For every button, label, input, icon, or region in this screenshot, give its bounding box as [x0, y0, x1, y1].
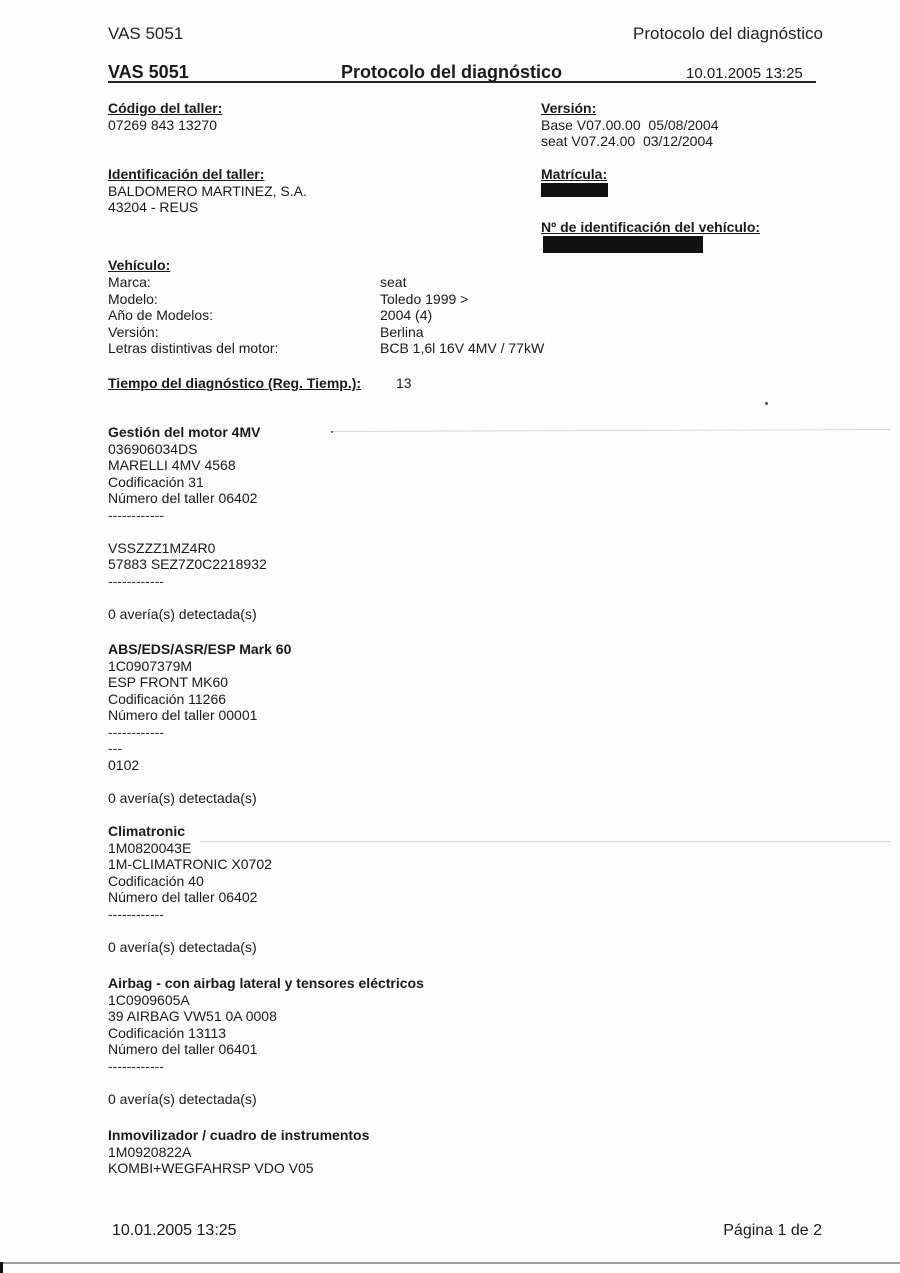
diag-time-label: Tiempo del diagnóstico (Reg. Tiemp.): — [108, 375, 361, 392]
diag-time-value: 13 — [396, 375, 412, 392]
module-airbag: Airbag - con airbag lateral y tensores e… — [108, 975, 424, 1107]
page-header-left: VAS 5051 — [108, 24, 183, 44]
module-line: 0102 — [108, 757, 291, 774]
version-seat: seat V07.24.00 03/12/2004 — [541, 133, 718, 150]
module-title: Gestión del motor 4MV — [108, 424, 267, 441]
page-header-right: Protocolo del diagnóstico — [633, 24, 823, 44]
plate-section: Matrícula: — [541, 166, 607, 183]
module-line: Número del taller 06401 — [108, 1041, 424, 1058]
vin-redaction — [543, 236, 703, 253]
module-line: Codificación 31 — [108, 474, 267, 491]
vehicle-value-version: Berlina — [380, 324, 544, 341]
module-line: KOMBI+WEGFAHRSP VDO V05 — [108, 1160, 369, 1177]
module-line: 036906034DS — [108, 441, 267, 458]
module-line: ESP FRONT MK60 — [108, 674, 291, 691]
workshop-id-section: Identificación del taller: BALDOMERO MAR… — [108, 166, 307, 216]
header-rule — [108, 81, 816, 83]
page-bottom-edge — [0, 1262, 900, 1264]
module-faults: 0 avería(s) detectada(s) — [108, 790, 291, 807]
vin-section: Nº de identificación del vehículo: — [541, 219, 760, 236]
workshop-city: 43204 - REUS — [108, 199, 307, 216]
module-title: ABS/EDS/ASR/ESP Mark 60 — [108, 641, 291, 658]
vehicle-key-year: Año de Modelos: — [108, 307, 278, 324]
module-title: Airbag - con airbag lateral y tensores e… — [108, 975, 424, 992]
module-immobilizer: Inmovilizador / cuadro de instrumentos 1… — [108, 1127, 369, 1177]
footer-datetime: 10.01.2005 13:25 — [112, 1222, 237, 1240]
separator: ------------ — [108, 1058, 424, 1075]
separator: ------------ — [108, 724, 291, 741]
scan-artifact-speck — [765, 402, 768, 405]
vehicle-key-engine: Letras distintivas del motor: — [108, 340, 278, 357]
scan-artifact-speck — [331, 431, 333, 433]
module-line: 39 AIRBAG VW51 0A 0008 — [108, 1008, 424, 1025]
vehicle-value-model: Toledo 1999 > — [380, 291, 544, 308]
module-faults: 0 avería(s) detectada(s) — [108, 939, 272, 956]
vehicle-key-make: Marca: — [108, 274, 278, 291]
vehicle-label: Vehículo: — [108, 257, 170, 274]
separator: --- — [108, 740, 291, 757]
workshop-name: BALDOMERO MARTINEZ, S.A. — [108, 183, 307, 200]
vin-label: Nº de identificación del vehículo: — [541, 219, 760, 236]
workshop-code-value: 07269 843 13270 — [108, 117, 222, 134]
version-label: Versión: — [541, 100, 718, 117]
module-line: 1M0920822A — [108, 1144, 369, 1161]
module-line: Codificación 40 — [108, 873, 272, 890]
module-title: Inmovilizador / cuadro de instrumentos — [108, 1127, 369, 1144]
vehicle-key-version: Versión: — [108, 324, 278, 341]
module-line: MARELLI 4MV 4568 — [108, 457, 267, 474]
module-line: 57883 SEZ7Z0C2218932 — [108, 556, 267, 573]
report-device: VAS 5051 — [108, 62, 189, 83]
footer-page-number: Página 1 de 2 — [723, 1222, 822, 1240]
vehicle-value-year: 2004 (4) — [380, 307, 544, 324]
page-edge-mark — [0, 1262, 3, 1273]
module-line — [108, 523, 267, 540]
report-datetime: 10.01.2005 13:25 — [686, 65, 803, 82]
plate-redaction — [541, 183, 608, 197]
workshop-code-section: Código del taller: 07269 843 13270 — [108, 100, 222, 133]
module-abs: ABS/EDS/ASR/ESP Mark 60 1C0907379M ESP F… — [108, 641, 291, 806]
plate-label: Matrícula: — [541, 166, 607, 183]
vehicle-value-make: seat — [380, 274, 544, 291]
module-line: 1C0909605A — [108, 992, 424, 1009]
module-faults: 0 avería(s) detectada(s) — [108, 1091, 424, 1108]
vehicle-keys: Marca: Modelo: Año de Modelos: Versión: … — [108, 274, 278, 357]
module-line: Número del taller 06402 — [108, 490, 267, 507]
module-title: Climatronic — [108, 823, 272, 840]
scan-artifact-line — [330, 429, 890, 432]
separator: ------------ — [108, 906, 272, 923]
module-line: Codificación 11266 — [108, 691, 291, 708]
version-base: Base V07.00.00 05/08/2004 — [541, 117, 718, 134]
module-faults: 0 avería(s) detectada(s) — [108, 606, 267, 623]
module-line: Número del taller 00001 — [108, 707, 291, 724]
scan-artifact-line — [200, 841, 890, 842]
module-line — [108, 589, 267, 606]
workshop-id-label: Identificación del taller: — [108, 166, 307, 183]
vehicle-section: Vehículo: — [108, 257, 170, 274]
workshop-code-label: Código del taller: — [108, 100, 222, 117]
vehicle-key-model: Modelo: — [108, 291, 278, 308]
module-line: 1M-CLIMATRONIC X0702 — [108, 856, 272, 873]
report-title: Protocolo del diagnóstico — [341, 62, 562, 83]
vehicle-value-engine: BCB 1,6l 16V 4MV / 77kW — [380, 340, 544, 357]
module-line — [108, 1074, 424, 1091]
module-line — [108, 773, 291, 790]
version-section: Versión: Base V07.00.00 05/08/2004 seat … — [541, 100, 718, 150]
module-line: 1C0907379M — [108, 658, 291, 675]
module-engine: Gestión del motor 4MV 036906034DS MARELL… — [108, 424, 267, 622]
module-line: Número del taller 06402 — [108, 889, 272, 906]
vehicle-values: seat Toledo 1999 > 2004 (4) Berlina BCB … — [380, 274, 544, 357]
module-line: VSSZZZ1MZ4R0 — [108, 540, 267, 557]
module-line: Codificación 13113 — [108, 1025, 424, 1042]
separator: ------------ — [108, 507, 267, 524]
module-line — [108, 922, 272, 939]
separator: ------------ — [108, 573, 267, 590]
module-climatronic: Climatronic 1M0820043E 1M-CLIMATRONIC X0… — [108, 823, 272, 955]
